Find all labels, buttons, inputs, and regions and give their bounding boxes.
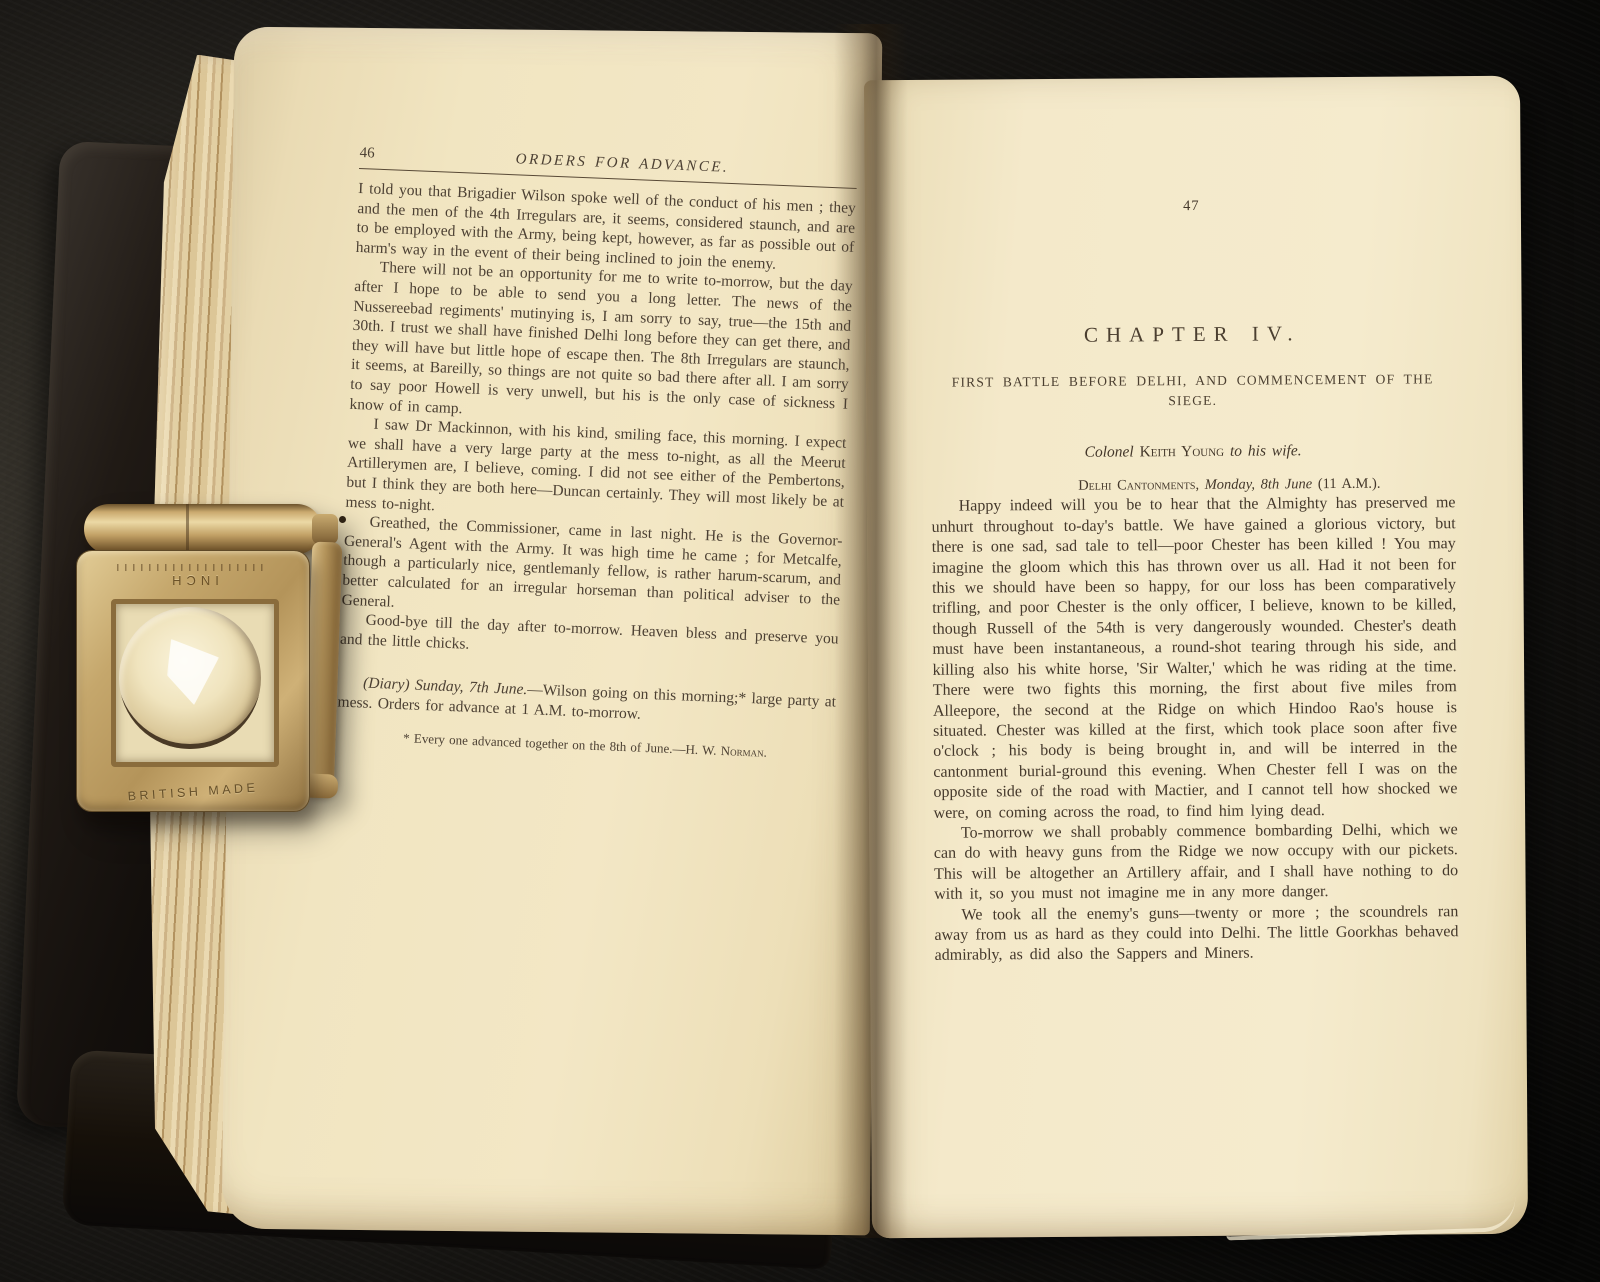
footnote-author: Norman. <box>721 743 768 760</box>
magnifying-loupe: INCH BRITISH MADE <box>76 494 338 814</box>
letter-heading-name: Keith Young <box>1140 442 1225 460</box>
loupe-inch-label: INCH <box>77 573 309 588</box>
loupe-ruler-ticks <box>117 564 267 571</box>
loupe-hinge <box>84 504 322 554</box>
letter-heading: Colonel Keith Young to his wife. <box>931 440 1455 464</box>
right-paragraph: To-morrow we shall probably commence bom… <box>934 820 1459 905</box>
letter-heading-post: to his wife. <box>1224 442 1302 460</box>
dateline-place: Delhi Cantonments, <box>1078 477 1205 494</box>
letter-heading-pre: Colonel <box>1085 443 1140 460</box>
dateline-time: (11 A.M.). <box>1318 476 1381 492</box>
right-page-text-block: 47 CHAPTER IV. FIRST BATTLE BEFORE DELHI… <box>929 194 1458 966</box>
chapter-subtitle: FIRST BATTLE BEFORE DELHI, AND COMMENCEM… <box>931 369 1455 413</box>
loupe-made-label: BRITISH MADE <box>77 777 309 807</box>
diary-entry: (Diary) Sunday, 7th June.—Wilson going o… <box>337 673 836 732</box>
loupe-window <box>111 599 279 767</box>
right-page-number: 47 <box>929 194 1453 218</box>
left-page-number: 46 <box>359 144 418 166</box>
right-paragraph: We took all the enemy's guns—twenty or m… <box>934 902 1458 967</box>
left-paragraph: There will not be an opportunity for me … <box>349 257 853 434</box>
chapter-heading: CHAPTER IV. <box>930 323 1454 347</box>
lens-reflection <box>167 639 219 705</box>
loupe-hinge-pin <box>339 516 346 523</box>
dateline-date: Monday, 8th June <box>1205 476 1318 493</box>
loupe-base-plate: INCH BRITISH MADE <box>76 550 310 812</box>
right-paragraph: Happy indeed will you be to hear that th… <box>931 494 1457 824</box>
left-page-text-block: 46 ORDERS FOR ADVANCE. I told you that B… <box>336 144 858 763</box>
loupe-lens <box>119 607 261 749</box>
